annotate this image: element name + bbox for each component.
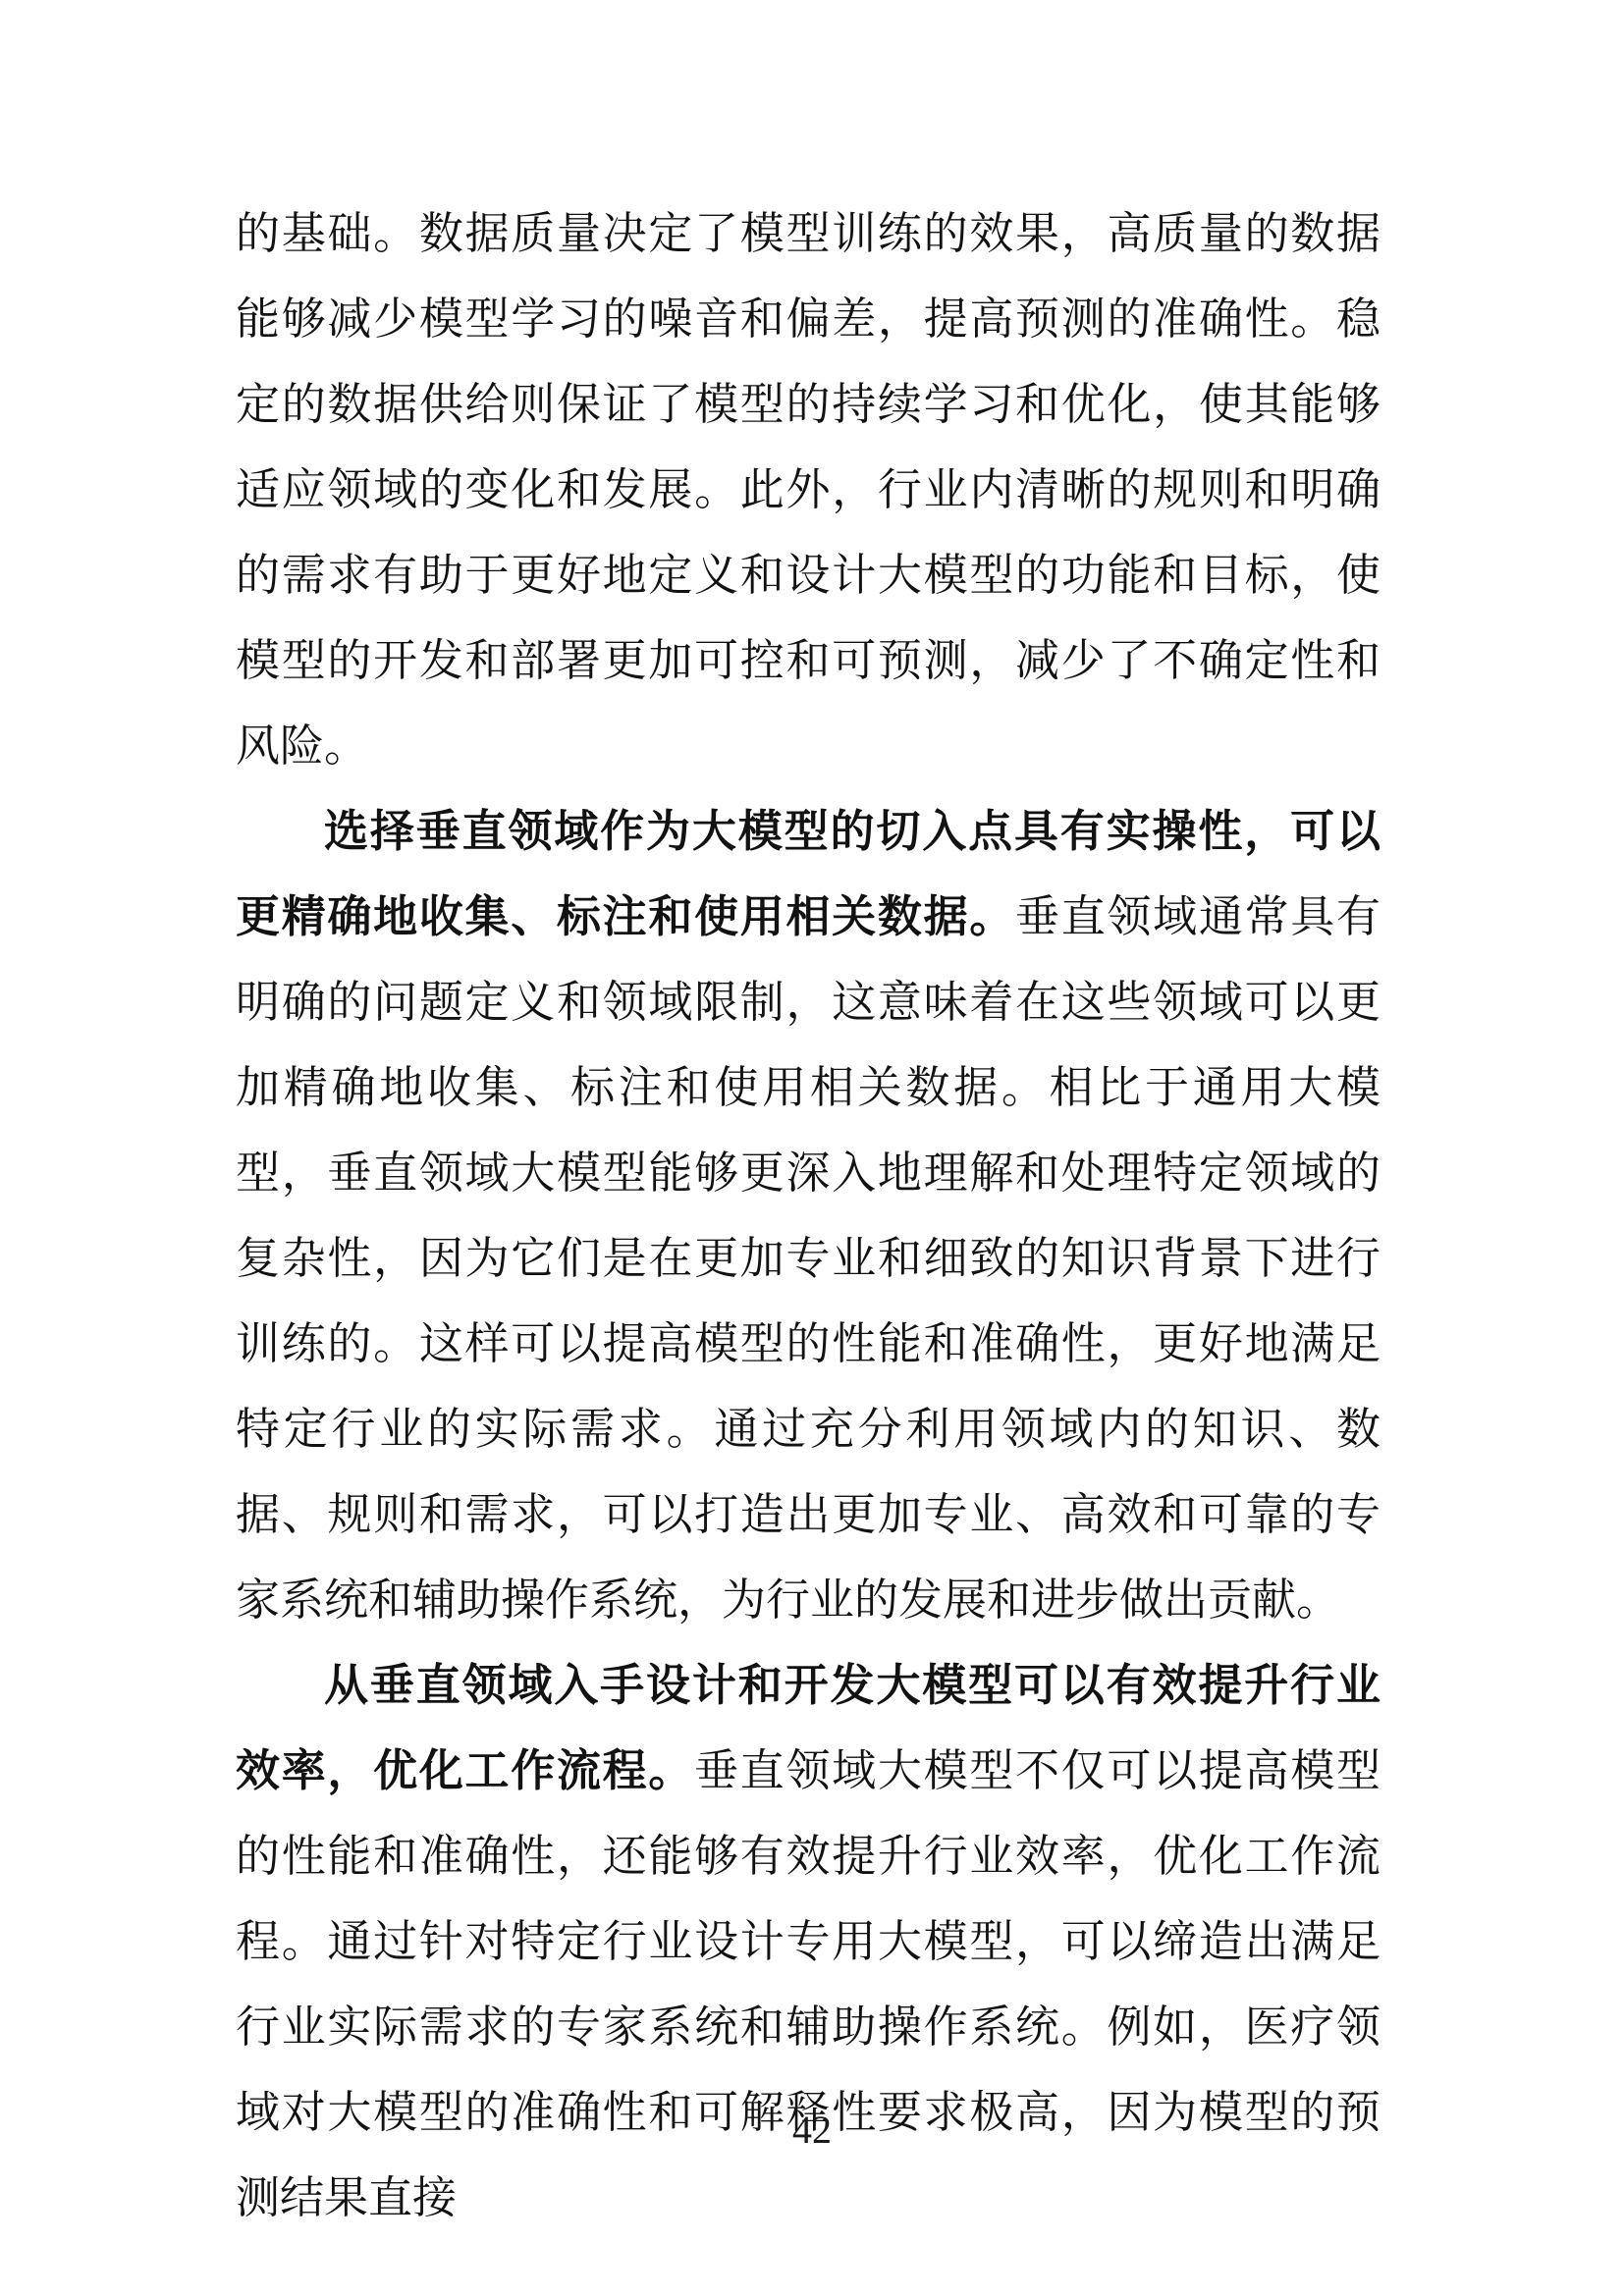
- body-paragraph: 的基础。数据质量决定了模型训练的效果，高质量的数据能够减少模型学习的噪音和偏差，…: [236, 191, 1380, 789]
- page-number-value: 42: [792, 2108, 832, 2152]
- body-paragraph: 选择垂直领域作为大模型的切入点具有实操性，可以更精确地收集、标注和使用相关数据。…: [236, 789, 1380, 1643]
- page-number: 42: [0, 2109, 1624, 2152]
- text-block: 的基础。数据质量决定了模型训练的效果，高质量的数据能够减少模型学习的噪音和偏差，…: [236, 191, 1380, 2241]
- paragraph-text: 的基础。数据质量决定了模型训练的效果，高质量的数据能够减少模型学习的噪音和偏差，…: [236, 209, 1380, 771]
- document-page: 的基础。数据质量决定了模型训练的效果，高质量的数据能够减少模型学习的噪音和偏差，…: [0, 0, 1624, 2296]
- paragraph-text: 垂直领域通常具有明确的问题定义和领域限制，这意味着在这些领域可以更加精确地收集、…: [236, 892, 1380, 1625]
